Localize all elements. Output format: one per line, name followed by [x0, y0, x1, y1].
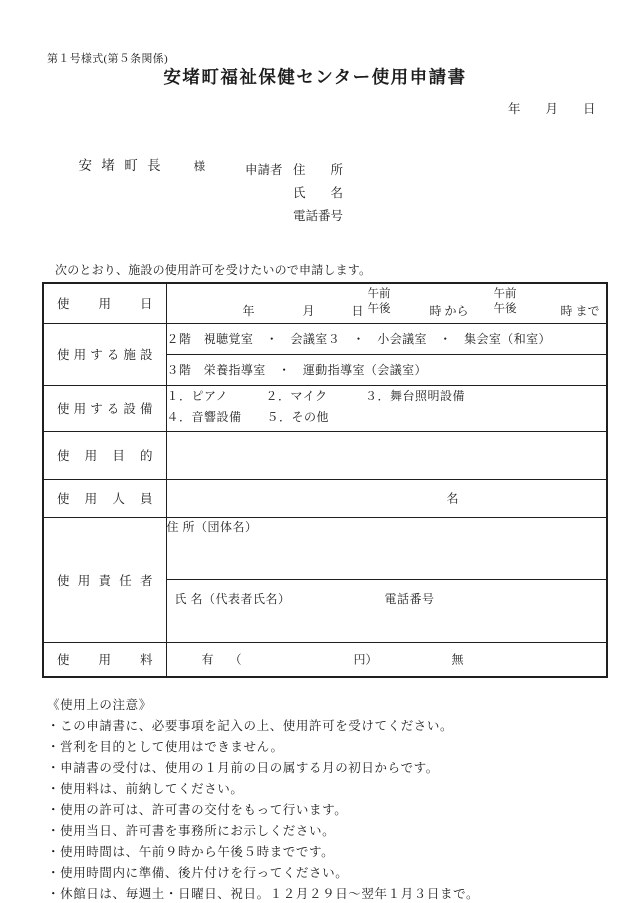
equipment-line2: ４．音響設備 ５．その他: [167, 407, 607, 428]
responsible-name-label: 氏 名（代表者氏名）: [175, 590, 291, 607]
notes-title: 《使用上の注意》: [47, 695, 479, 716]
responsible-label: 使 用 責 任 者: [43, 517, 166, 642]
addressee: 安 堵 町 長様: [65, 138, 205, 190]
applicant-address-label: 住 所: [293, 160, 343, 178]
table-row-equipment: 使 用 す る 設 備 １．ピアノ ２．マイク ３．舞台照明設備 ４．音響設備 …: [43, 385, 607, 431]
note-item: ・申請書の受付は、使用の１月前の日の属する月の初日からです。: [47, 758, 479, 779]
table-row-use-date: 使 用 日 年 月 日 午前 午後 時 から 午前 午後 時 まで: [43, 283, 607, 323]
pm-label: 午後: [368, 302, 391, 317]
applicant-label: 申請者: [245, 160, 283, 178]
time-to-label: 時 まで: [561, 302, 600, 319]
facilities-floor3: ３階 栄養指導室 ・ 運動指導室（会議室）: [166, 354, 607, 385]
applicant-phone-label: 電話番号: [293, 206, 343, 224]
fee-paren-open: （: [230, 651, 242, 668]
pm-label: 午後: [494, 302, 517, 317]
addressee-name: 安 堵 町 長: [79, 158, 164, 173]
intro-sentence: 次のとおり、施設の使用許可を受けたいので申請します。: [55, 261, 371, 278]
table-row-people: 使 用 人 員 名: [43, 479, 607, 517]
application-table: 使 用 日 年 月 日 午前 午後 時 から 午前 午後 時 まで: [42, 282, 608, 678]
responsible-address-label: 住 所（団体名）: [166, 517, 607, 579]
note-item: ・使用時間は、午前９時から午後５時までです。: [47, 842, 479, 863]
people-label: 使 用 人 員: [43, 479, 166, 517]
usage-notes: 《使用上の注意》 ・この申請書に、必要事項を記入の上、使用許可を受けてください。…: [47, 695, 479, 903]
note-item: ・使用当日、許可書を事務所にお示しください。: [47, 821, 479, 842]
note-item: ・使用料は、前納してください。: [47, 779, 479, 800]
month-label: 月: [303, 302, 315, 319]
use-date-cell: 年 月 日 午前 午後 時 から 午前 午後 時 まで: [166, 283, 607, 323]
applicant-name-label: 氏 名: [293, 183, 343, 201]
facilities-label: 使 用 す る 施 設: [43, 323, 166, 385]
people-cell: 名: [166, 479, 607, 517]
people-unit-label: 名: [447, 490, 459, 507]
equipment-label: 使 用 す る 設 備: [43, 385, 166, 431]
note-item: ・使用時間内に準備、後片付けを行ってください。: [47, 863, 479, 884]
year-label: 年: [243, 302, 255, 319]
am-label: 午前: [494, 287, 517, 302]
table-row-purpose: 使 用 目 的: [43, 431, 607, 479]
addressee-honorific: 様: [194, 161, 206, 173]
time-from-label: 時 から: [430, 302, 469, 319]
am-label: 午前: [368, 287, 391, 302]
page-title: 安堵町福祉保健センター使用申請書: [0, 64, 630, 89]
day-label: 日: [352, 302, 364, 319]
note-item: ・この申請書に、必要事項を記入の上、使用許可を受けてください。: [47, 716, 479, 737]
fee-yen-close: 円）: [354, 651, 378, 668]
application-form-page: 第１号様式(第５条関係) 安堵町福祉保健センター使用申請書 年 月 日 安 堵 …: [0, 0, 630, 903]
fee-yes-label: 有: [202, 651, 214, 668]
fee-no-label: 無: [452, 651, 464, 668]
fee-cell: 有 （ 円） 無: [166, 642, 607, 677]
table-row-fee: 使 用 料 有 （ 円） 無: [43, 642, 607, 677]
note-item: ・使用の許可は、許可書の交付をもって行います。: [47, 800, 479, 821]
note-item: ・営利を目的として使用はできません。: [47, 737, 479, 758]
note-item: ・休館日は、毎週土・日曜日、祝日。１２月２９日～翌年１月３日まで。: [47, 884, 479, 903]
ampm-end: 午前 午後: [494, 287, 517, 317]
date-line: 年 月 日: [508, 99, 596, 117]
fee-label: 使 用 料: [43, 642, 166, 677]
equipment-line1: １．ピアノ ２．マイク ３．舞台照明設備: [167, 386, 607, 407]
use-date-label: 使 用 日: [43, 283, 166, 323]
ampm-start: 午前 午後: [368, 287, 391, 317]
facilities-floor2: ２階 視聴覚室 ・ 会議室３ ・ 小会議室 ・ 集会室（和室）: [166, 323, 607, 354]
responsible-phone-label: 電話番号: [385, 590, 435, 607]
purpose-cell: [166, 431, 607, 479]
table-row-responsible-address: 使 用 責 任 者 住 所（団体名）: [43, 517, 607, 579]
table-row-facilities-2f: 使 用 す る 施 設 ２階 視聴覚室 ・ 会議室３ ・ 小会議室 ・ 集会室（…: [43, 323, 607, 354]
equipment-cell: １．ピアノ ２．マイク ３．舞台照明設備 ４．音響設備 ５．その他: [166, 385, 607, 431]
purpose-label: 使 用 目 的: [43, 431, 166, 479]
responsible-name-cell: 氏 名（代表者氏名） 電話番号: [166, 579, 607, 642]
